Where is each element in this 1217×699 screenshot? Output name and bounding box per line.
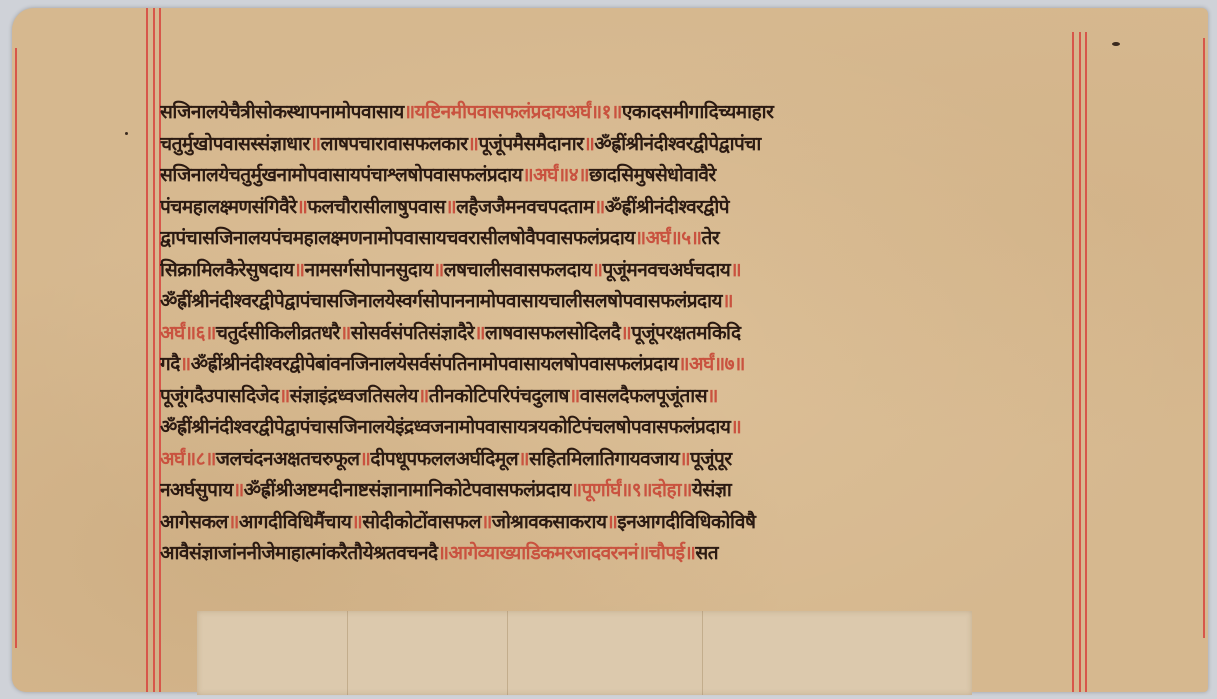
- rubricated-text: ॥: [730, 259, 741, 281]
- rubricated-text: ॥: [445, 196, 456, 218]
- left-margin-rule-2: [153, 8, 155, 692]
- manuscript-line: सिक्रामिलकैरेसुषदाय॥नामसर्गसोपानसुदाय॥लष…: [160, 255, 1075, 287]
- body-text: ॐह्रींश्रीनंदीश्वरद्वीपेद्वापंचासजिनालये…: [160, 290, 722, 312]
- rubricated-text: ॥अर्घं॥७॥: [678, 353, 745, 375]
- manuscript-line: ॐह्रींश्रीनंदीश्वरद्वीपेद्वापंचासजिनालये…: [160, 286, 1075, 318]
- rubricated-text: ॥: [569, 385, 580, 407]
- manuscript-line: चतुर्मुखोपवासस्संज्ञाधार॥लाषपचारावासफलका…: [160, 129, 1075, 161]
- body-text: ॐह्रींश्रीनंदीश्वरद्वीपेबांवनजिनालयेसर्व…: [191, 353, 678, 375]
- left-margin-rule-1: [146, 8, 148, 692]
- rubricated-text: ॥: [722, 290, 733, 312]
- body-text: आगेसकल: [160, 511, 228, 533]
- rubricated-text: ॥अर्घं॥५॥: [635, 227, 702, 249]
- body-text: नअर्घसुपाय: [160, 479, 233, 501]
- body-text: जलचंदनअक्षतचरुफूल: [216, 448, 360, 470]
- right-margin-rule-3: [1085, 32, 1087, 692]
- body-text: आगदीविधिमैंचाय: [239, 511, 352, 533]
- body-text: द्वापंचासजिनालयपंचमहालक्ष्मणनामोपवासायचव…: [160, 227, 635, 249]
- body-text: नामसर्गसोपानसुदाय: [305, 259, 433, 281]
- manuscript-line: पंचमहालक्ष्मणसंगिवैरे॥फलचौरासीलाषुपवास॥ल…: [160, 192, 1075, 224]
- left-edge-rule: [15, 48, 17, 648]
- body-text: ॐह्रींश्रीनंदीश्वरद्वीपेद्वापंचा: [594, 133, 760, 155]
- body-text: लाषपचारावासफलकार: [321, 133, 468, 155]
- rubricated-text: ॥: [296, 196, 307, 218]
- rubricated-text: अर्घं॥८॥: [160, 448, 216, 470]
- body-text: पूजूंपूर: [690, 448, 731, 470]
- rubricated-text: ॥: [518, 448, 529, 470]
- body-text: सोसर्वसंपतिसंज्ञादैरे: [351, 322, 474, 344]
- body-text: आवैसंज्ञाजांननीजेमाहात्मांकरैतौयेश्रतवचन…: [160, 542, 438, 564]
- rubricated-text: ॥: [620, 322, 631, 344]
- body-text: फलचौरासीलाषुपवास: [307, 196, 445, 218]
- body-text: चतुर्मुखोपवासस्संज्ञाधार: [160, 133, 310, 155]
- rubricated-text: ॥: [294, 259, 305, 281]
- rubricated-text: ॥: [679, 448, 690, 470]
- body-text: ॐह्रींश्रीनंदीश्वरद्वीपे: [605, 196, 729, 218]
- rubricated-text: ॥: [340, 322, 351, 344]
- body-text: सहितमिलातिगायवजाय: [529, 448, 679, 470]
- manuscript-text: सजिनालयेचैत्रीसोकस्थापनामोपवासाय॥यष्टिनम…: [160, 97, 1075, 570]
- manuscript-line: ॐह्रींश्रीनंदीश्वरद्वीपेद्वापंचासजिनालये…: [160, 412, 1075, 444]
- body-text: सोदीकोटोंवासफल: [362, 511, 481, 533]
- ink-speck: [1112, 42, 1120, 46]
- rubricated-text: ॥: [583, 133, 594, 155]
- rubricated-text: ॥: [310, 133, 321, 155]
- manuscript-line: पूजूंगदैउपासदिजेद॥संज्ञाइंद्रध्वजतिसलेय॥…: [160, 381, 1075, 413]
- rubricated-text: ॥: [606, 511, 617, 533]
- rubricated-text: ॥: [592, 259, 603, 281]
- body-text: लहैजजैमनवचपदताम: [456, 196, 594, 218]
- manuscript-line: आगेसकल॥आगदीविधिमैंचाय॥सोदीकोटोंवासफल॥जोश…: [160, 507, 1075, 539]
- body-text: पंचमहालक्ष्मणसंगिवैरे: [160, 196, 296, 218]
- manuscript-line: आवैसंज्ञाजांननीजेमाहात्मांकरैतौयेश्रतवचन…: [160, 538, 1075, 570]
- manuscript-line: गदै॥ॐह्रींश्रीनंदीश्वरद्वीपेबांवनजिनालये…: [160, 349, 1075, 381]
- rubricated-text: ॥: [233, 479, 244, 501]
- body-text: एकादसमीगादिच्यमाहार: [622, 101, 773, 123]
- body-text: येसंज्ञा: [692, 479, 731, 501]
- body-text: तीनकोटिपरिपंचदुलाष: [429, 385, 569, 407]
- body-text: छादसिमुषसेधोवावैरे: [589, 164, 716, 186]
- manuscript-line: नअर्घसुपाय॥ॐह्रींश्रीअष्टमदीनाष्टसंज्ञान…: [160, 475, 1075, 507]
- manuscript-line: सजिनालयेचैत्रीसोकस्थापनामोपवासाय॥यष्टिनम…: [160, 97, 1075, 129]
- manuscript-line: द्वापंचासजिनालयपंचमहालक्ष्मणनामोपवासायचव…: [160, 223, 1075, 255]
- ink-speck: [125, 132, 128, 135]
- rubricated-text: ॥: [468, 133, 479, 155]
- body-text: पूजूंमनवचअर्घचदाय: [603, 259, 731, 281]
- rubricated-text: ॥यष्टिनमीपवासफलंप्रदायअर्घं॥१॥: [404, 101, 622, 123]
- rubricated-text: ॥: [351, 511, 362, 533]
- body-text: सत: [695, 542, 718, 564]
- rubricated-text: ॥: [228, 511, 239, 533]
- rubricated-text: ॥: [180, 353, 191, 375]
- body-text: लषचालीसवासफलदाय: [444, 259, 592, 281]
- body-text: गदै: [160, 353, 180, 375]
- manuscript-line: अर्घं॥६॥चतुर्दसीकिलीव्रतधरै॥सोसर्वसंपतिस…: [160, 318, 1075, 350]
- body-text: ॐह्रींश्रीनंदीश्वरद्वीपेद्वापंचासजिनालये…: [160, 416, 730, 438]
- body-text: चतुर्दसीकिलीव्रतधरै: [216, 322, 340, 344]
- body-text: सिक्रामिलकैरेसुषदाय: [160, 259, 294, 281]
- rubricated-text: ॥: [433, 259, 444, 281]
- body-text: वासलदैफलपूजूंतास: [580, 385, 707, 407]
- right-margin-rule-2: [1079, 32, 1081, 692]
- body-text: जोश्रावकसाकराय: [492, 511, 607, 533]
- rubricated-text: ॥: [481, 511, 492, 533]
- rubricated-text: ॥अर्घं॥४॥: [522, 164, 589, 186]
- body-text: सजिनालयेचतुर्मुखनामोपवासायपंचाश्लषोपवासफ…: [160, 164, 522, 186]
- rubricated-text: ॥: [474, 322, 485, 344]
- body-text: इनआगदीविधिकोविषै: [617, 511, 755, 533]
- rubricated-text: ॥पूर्णार्घं॥९॥दोहा॥: [571, 479, 692, 501]
- manuscript-line: सजिनालयेचतुर्मुखनामोपवासायपंचाश्लषोपवासफ…: [160, 160, 1075, 192]
- body-text: लाषवासफलसोदिलदै: [485, 322, 620, 344]
- right-edge-rule: [1203, 38, 1205, 638]
- body-text: सजिनालयेचैत्रीसोकस्थापनामोपवासाय: [160, 101, 404, 123]
- manuscript-line: अर्घं॥८॥जलचंदनअक्षतचरुफूल॥दीपधूपफललअर्घद…: [160, 444, 1075, 476]
- body-text: तेर: [702, 227, 720, 249]
- rubricated-text: ॥: [594, 196, 605, 218]
- paper-repair-patch: [197, 611, 972, 695]
- body-text: पूजूंपमैसमैदानार: [478, 133, 583, 155]
- rubricated-text: ॥आगेव्याख्याडिकमरजादवरननं॥चौपई॥: [438, 542, 696, 564]
- body-text: पूजूंगदैउपासदिजेद: [160, 385, 279, 407]
- body-text: ॐह्रींश्रीअष्टमदीनाष्टसंज्ञानामानिकोटेपव…: [244, 479, 571, 501]
- rubricated-text: ॥: [418, 385, 429, 407]
- rubricated-text: ॥: [360, 448, 371, 470]
- body-text: दीपधूपफललअर्घदिमूल: [370, 448, 518, 470]
- rubricated-text: ॥: [707, 385, 718, 407]
- body-text: पूजूंपरक्षतमकिदि: [631, 322, 740, 344]
- body-text: संज्ञाइंद्रध्वजतिसलेय: [290, 385, 418, 407]
- rubricated-text: ॥: [279, 385, 290, 407]
- rubricated-text: अर्घं॥६॥: [160, 322, 216, 344]
- rubricated-text: ॥: [730, 416, 741, 438]
